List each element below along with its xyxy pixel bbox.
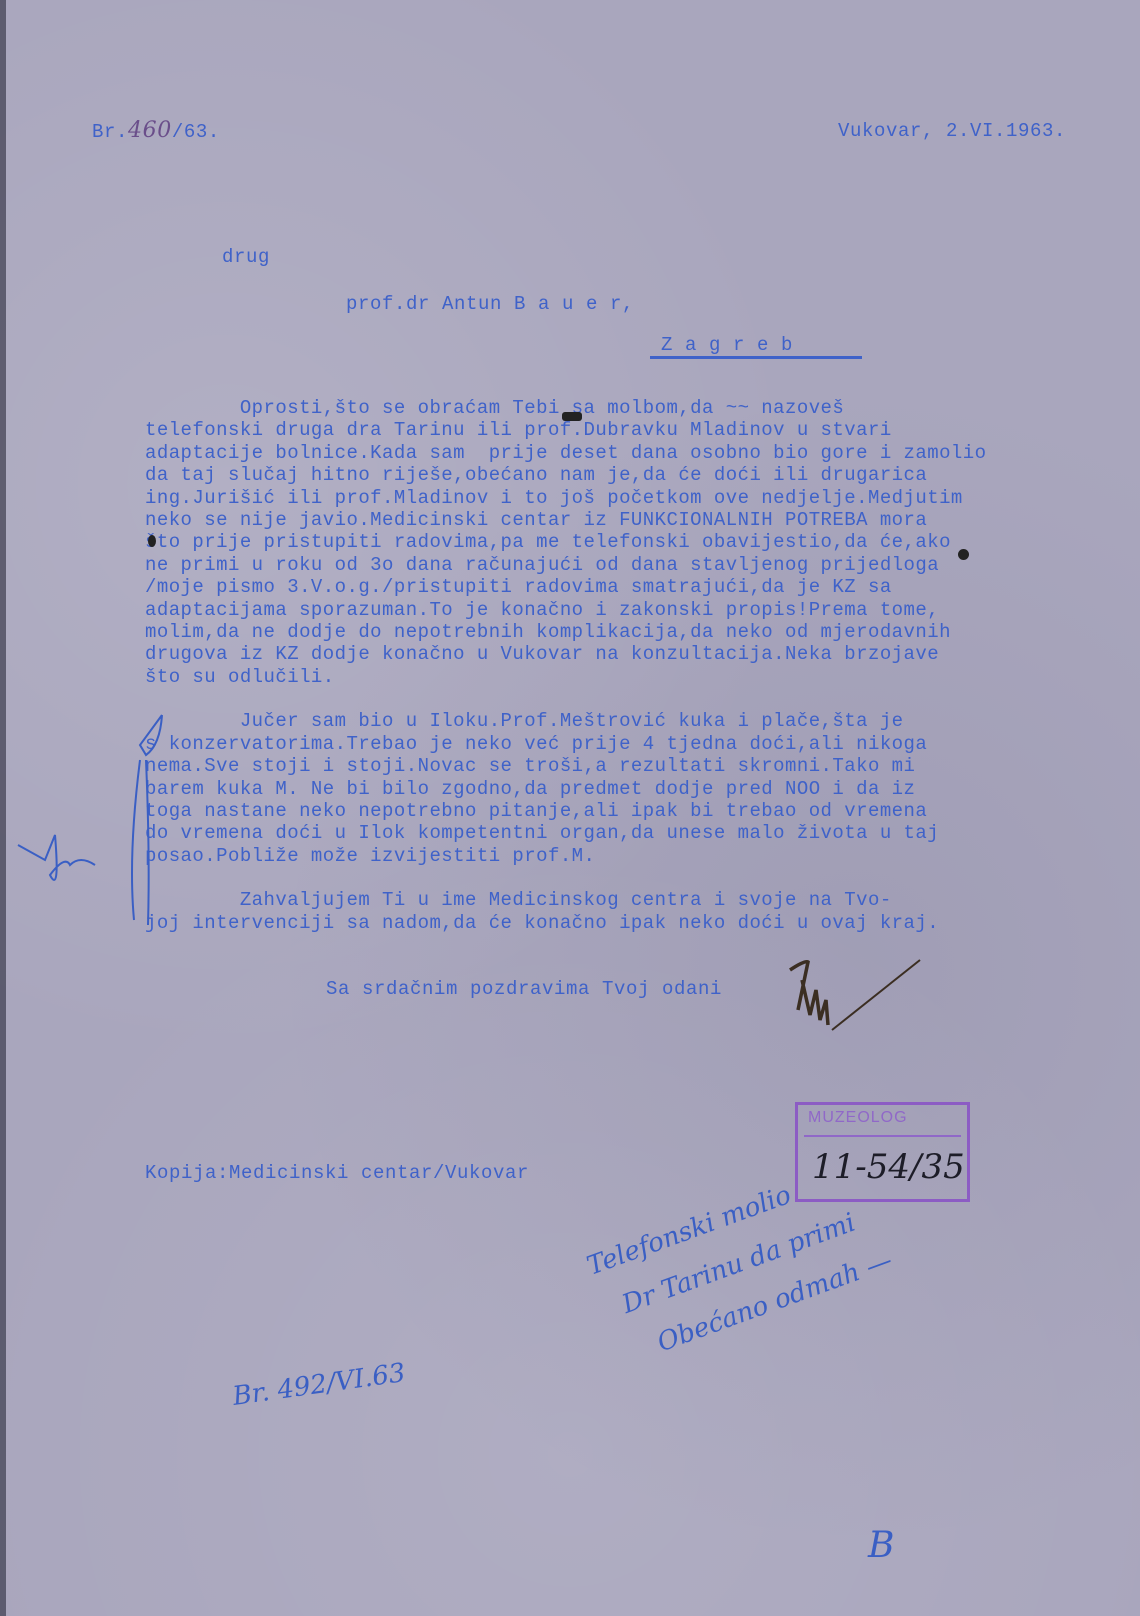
body-line: što su odlučili.	[145, 666, 1105, 688]
handwritten-note: Telefonski molio Dr Tarinu da primi Obeć…	[580, 1160, 862, 1380]
body-line: Jučer sam bio u Iloku.Prof.Meštrović kuk…	[145, 710, 1105, 732]
body-line: adaptacije bolnice.Kada sam prije deset …	[145, 442, 1105, 464]
body-line: drugova iz KZ dodje konačno u Vukovar na…	[145, 643, 1105, 665]
letter-body: Oprosti,što se obraćam Tebi sa molbom,da…	[145, 397, 1105, 956]
strikethrough-mark	[562, 412, 582, 421]
paragraph-1: Oprosti,što se obraćam Tebi sa molbom,da…	[145, 397, 1105, 688]
stamp-number: 11-54/35	[812, 1147, 965, 1187]
reference-handwritten: 460	[128, 118, 172, 143]
stamp-divider	[804, 1135, 961, 1137]
ink-blot	[148, 535, 156, 547]
handwritten-initial: B	[868, 1525, 894, 1566]
paragraph-2: Jučer sam bio u Iloku.Prof.Meštrović kuk…	[145, 710, 1105, 867]
body-line: adaptacijama sporazuman.To je konačno i …	[145, 599, 1105, 621]
body-line: Zahvaljujem Ti u ime Medicinskog centra …	[145, 889, 1105, 911]
city-underline	[650, 356, 862, 359]
signature-icon	[780, 950, 930, 1040]
salutation: drug	[222, 246, 270, 268]
ink-blot	[958, 549, 969, 560]
body-line: telefonski druga dra Tarinu ili prof.Dub…	[145, 419, 1105, 441]
handwritten-reference: Br. 492/VI.63	[231, 1358, 407, 1412]
closing: Sa srdačnim pozdravima Tvoj odani	[326, 978, 722, 1000]
reference-number: Br.460/63.	[92, 120, 220, 143]
body-line: neko se nije javio.Medicinski centar iz …	[145, 509, 1105, 531]
body-line: molim,da ne dodje do nepotrebnih komplik…	[145, 621, 1105, 643]
body-line: /moje pismo 3.V.o.g./pristupiti radovima…	[145, 576, 1105, 598]
addressee-city: Z a g r e b	[661, 334, 793, 356]
body-line: barem kuka M. Ne bi bilo zgodno,da predm…	[145, 778, 1105, 800]
body-line: joj intervenciji sa nadom,da će konačno …	[145, 912, 1105, 934]
body-line: nema.Sve stoji i stoji.Novac se troši,a …	[145, 755, 1105, 777]
body-line: Oprosti,što se obraćam Tebi sa molbom,da…	[145, 397, 1105, 419]
paragraph-3: Zahvaljujem Ti u ime Medicinskog centra …	[145, 889, 1105, 934]
body-line: posao.Pobliže može izvijestiti prof.M.	[145, 845, 1105, 867]
body-line: s konzervatorima.Trebao je neko već prij…	[145, 733, 1105, 755]
addressee-name: prof.dr Antun B a u e r,	[346, 293, 634, 315]
body-line: da taj slučaj hitno riješe,obećano nam j…	[145, 464, 1105, 486]
body-line: do vremena doći u Ilok kompetentni organ…	[145, 822, 1105, 844]
copy-line: Kopija:Medicinski centar/Vukovar	[145, 1162, 529, 1184]
stamp-header: MUZEOLOG	[808, 1109, 908, 1127]
body-line: ing.Jurišić ili prof.Mladinov i to još p…	[145, 487, 1105, 509]
margin-bracket-icon	[10, 705, 170, 935]
page-edge	[0, 0, 6, 1616]
body-line: toga nastane neko nepotrebno pitanje,ali…	[145, 800, 1105, 822]
place-date: Vukovar, 2.VI.1963.	[838, 120, 1066, 142]
